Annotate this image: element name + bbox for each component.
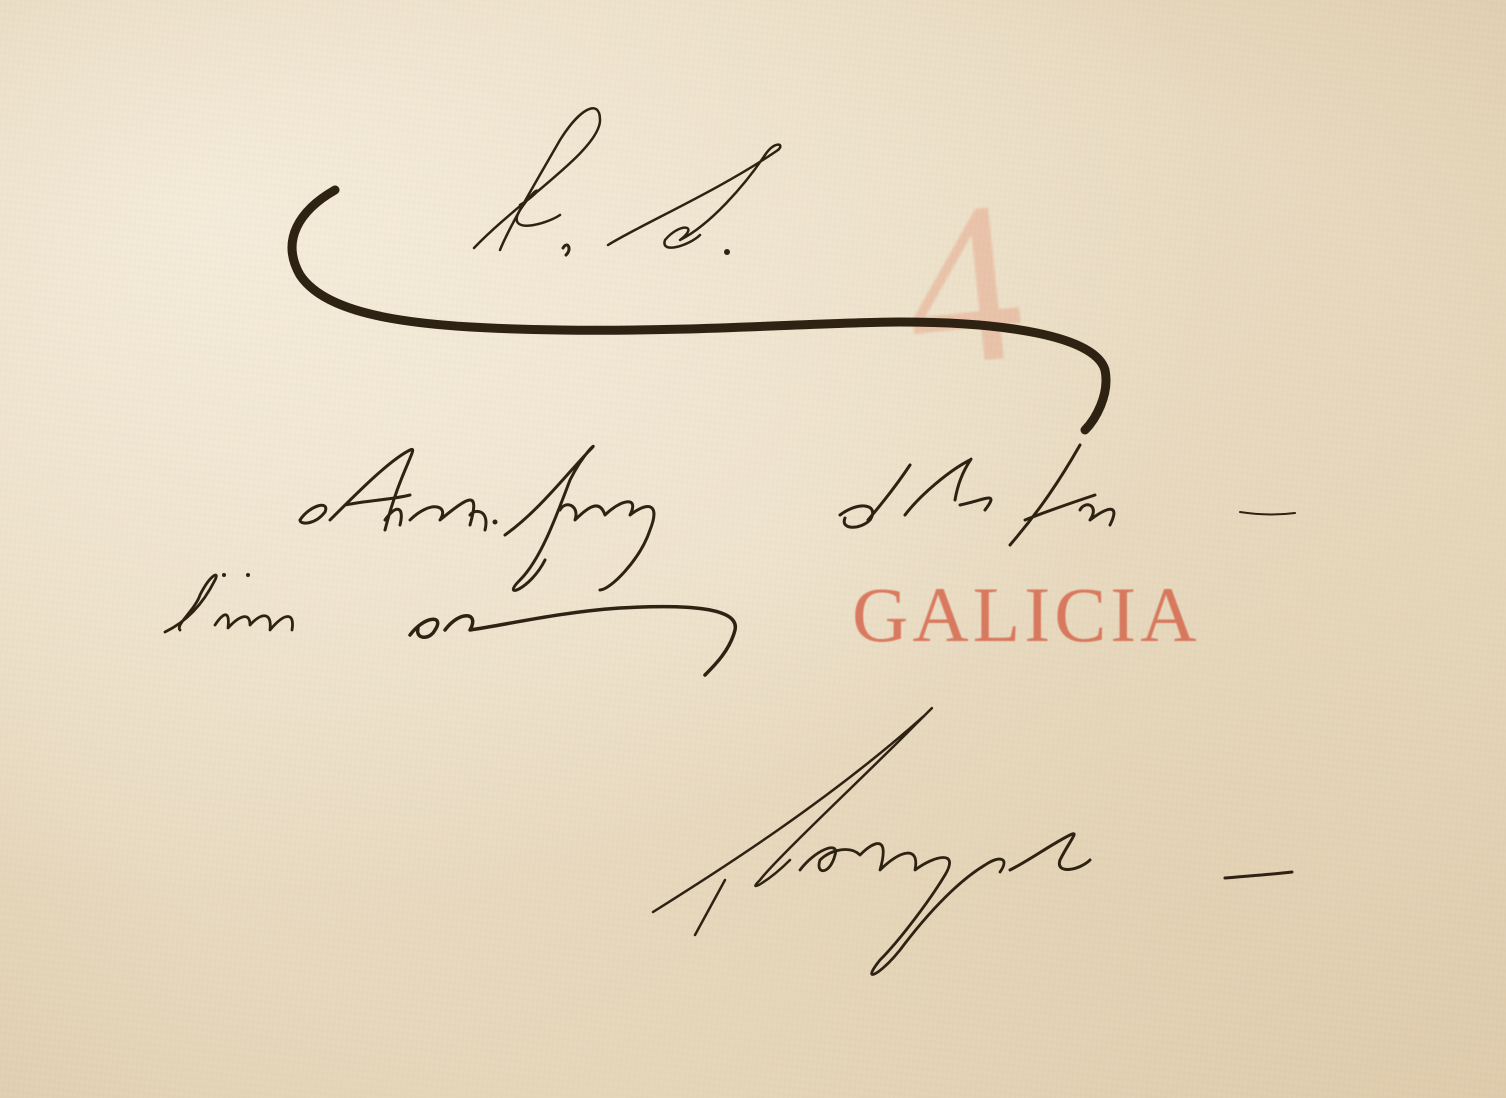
postal-cover: 4 GALICIA [0,0,1506,1098]
handwriting-strokes [0,0,1506,1098]
